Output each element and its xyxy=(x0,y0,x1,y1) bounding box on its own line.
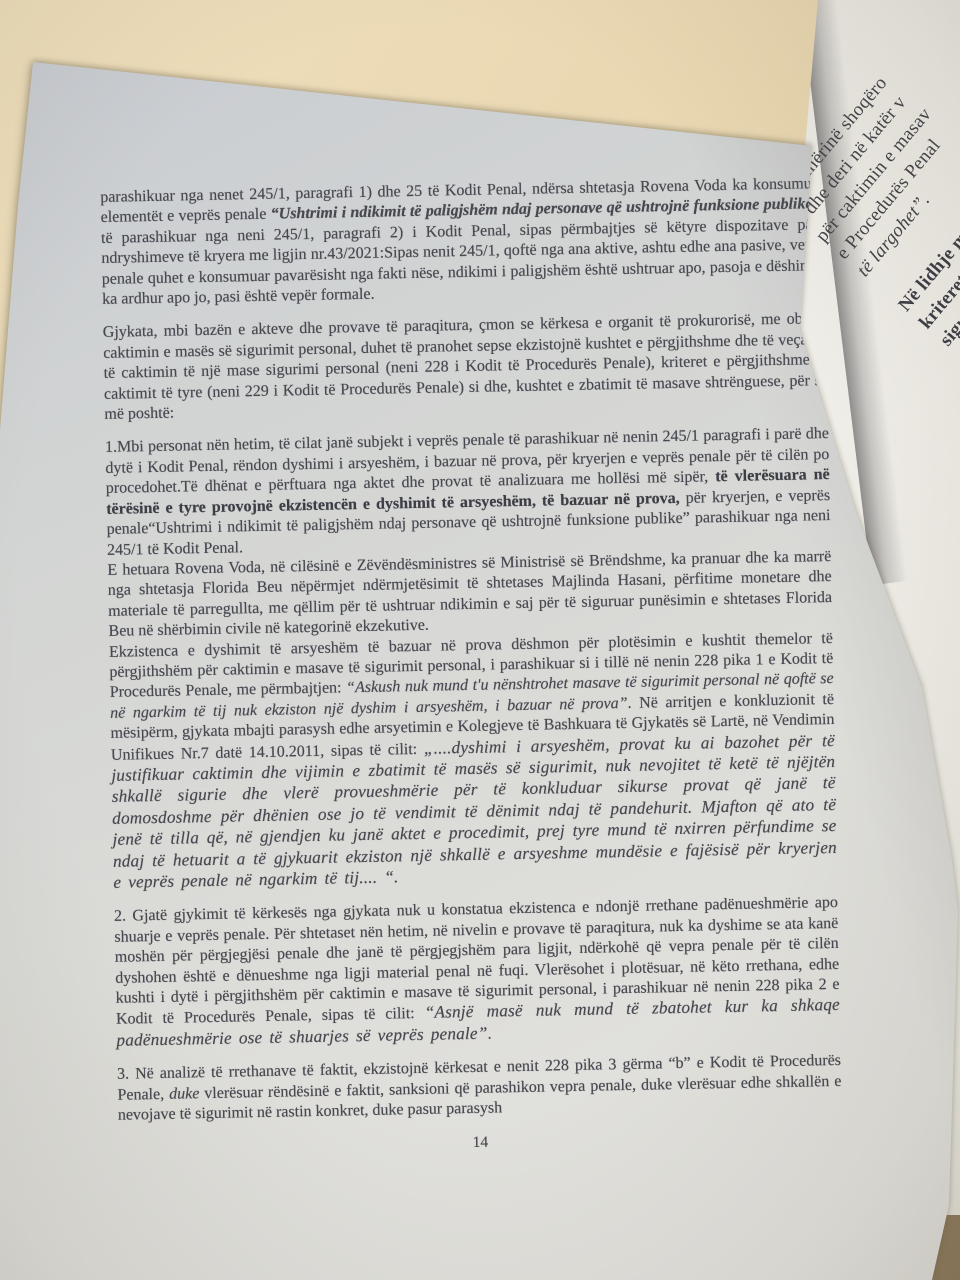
text-run: duke xyxy=(169,1085,200,1103)
document-page-wrap: parashikuar nga nenet 245/1, paragrafi 1… xyxy=(0,0,960,1280)
paragraph: E hetuara Rovena Voda, në cilësinë e Zëv… xyxy=(107,547,832,643)
document-page: parashikuar nga nenet 245/1, paragrafi 1… xyxy=(0,0,960,1280)
paragraph: 1.Mbi personat nën hetim, të cilat janë … xyxy=(105,424,831,560)
page-number: 14 xyxy=(118,1126,842,1160)
photo-scene: zikshmërinë shoqëroe dhe deri në katër v… xyxy=(0,0,960,1280)
paragraph: Gjykata, mbi bazën e akteve dhe provave … xyxy=(103,309,829,425)
document-text: parashikuar nga nenet 245/1, paragrafi 1… xyxy=(100,174,843,1161)
paragraph: 2. Gjatë gjykimit të kërkesës nga gjykat… xyxy=(114,893,841,1052)
paragraph: Ekzistenca e dyshimit të arsyeshëm të ba… xyxy=(109,628,838,894)
text-run: E hetuara Rovena Voda, në cilësinë e Zëv… xyxy=(107,548,832,640)
paragraph: parashikuar nga nenet 245/1, paragrafi 1… xyxy=(100,174,826,310)
text-run: Gjykata, mbi bazën e akteve dhe provave … xyxy=(103,310,828,423)
paragraph: 3. Në analizë të rrethanave të faktit, e… xyxy=(117,1051,842,1126)
text-run: . xyxy=(487,1025,491,1042)
text-run: 1.Mbi personat nën hetim, të cilat janë … xyxy=(105,425,830,497)
